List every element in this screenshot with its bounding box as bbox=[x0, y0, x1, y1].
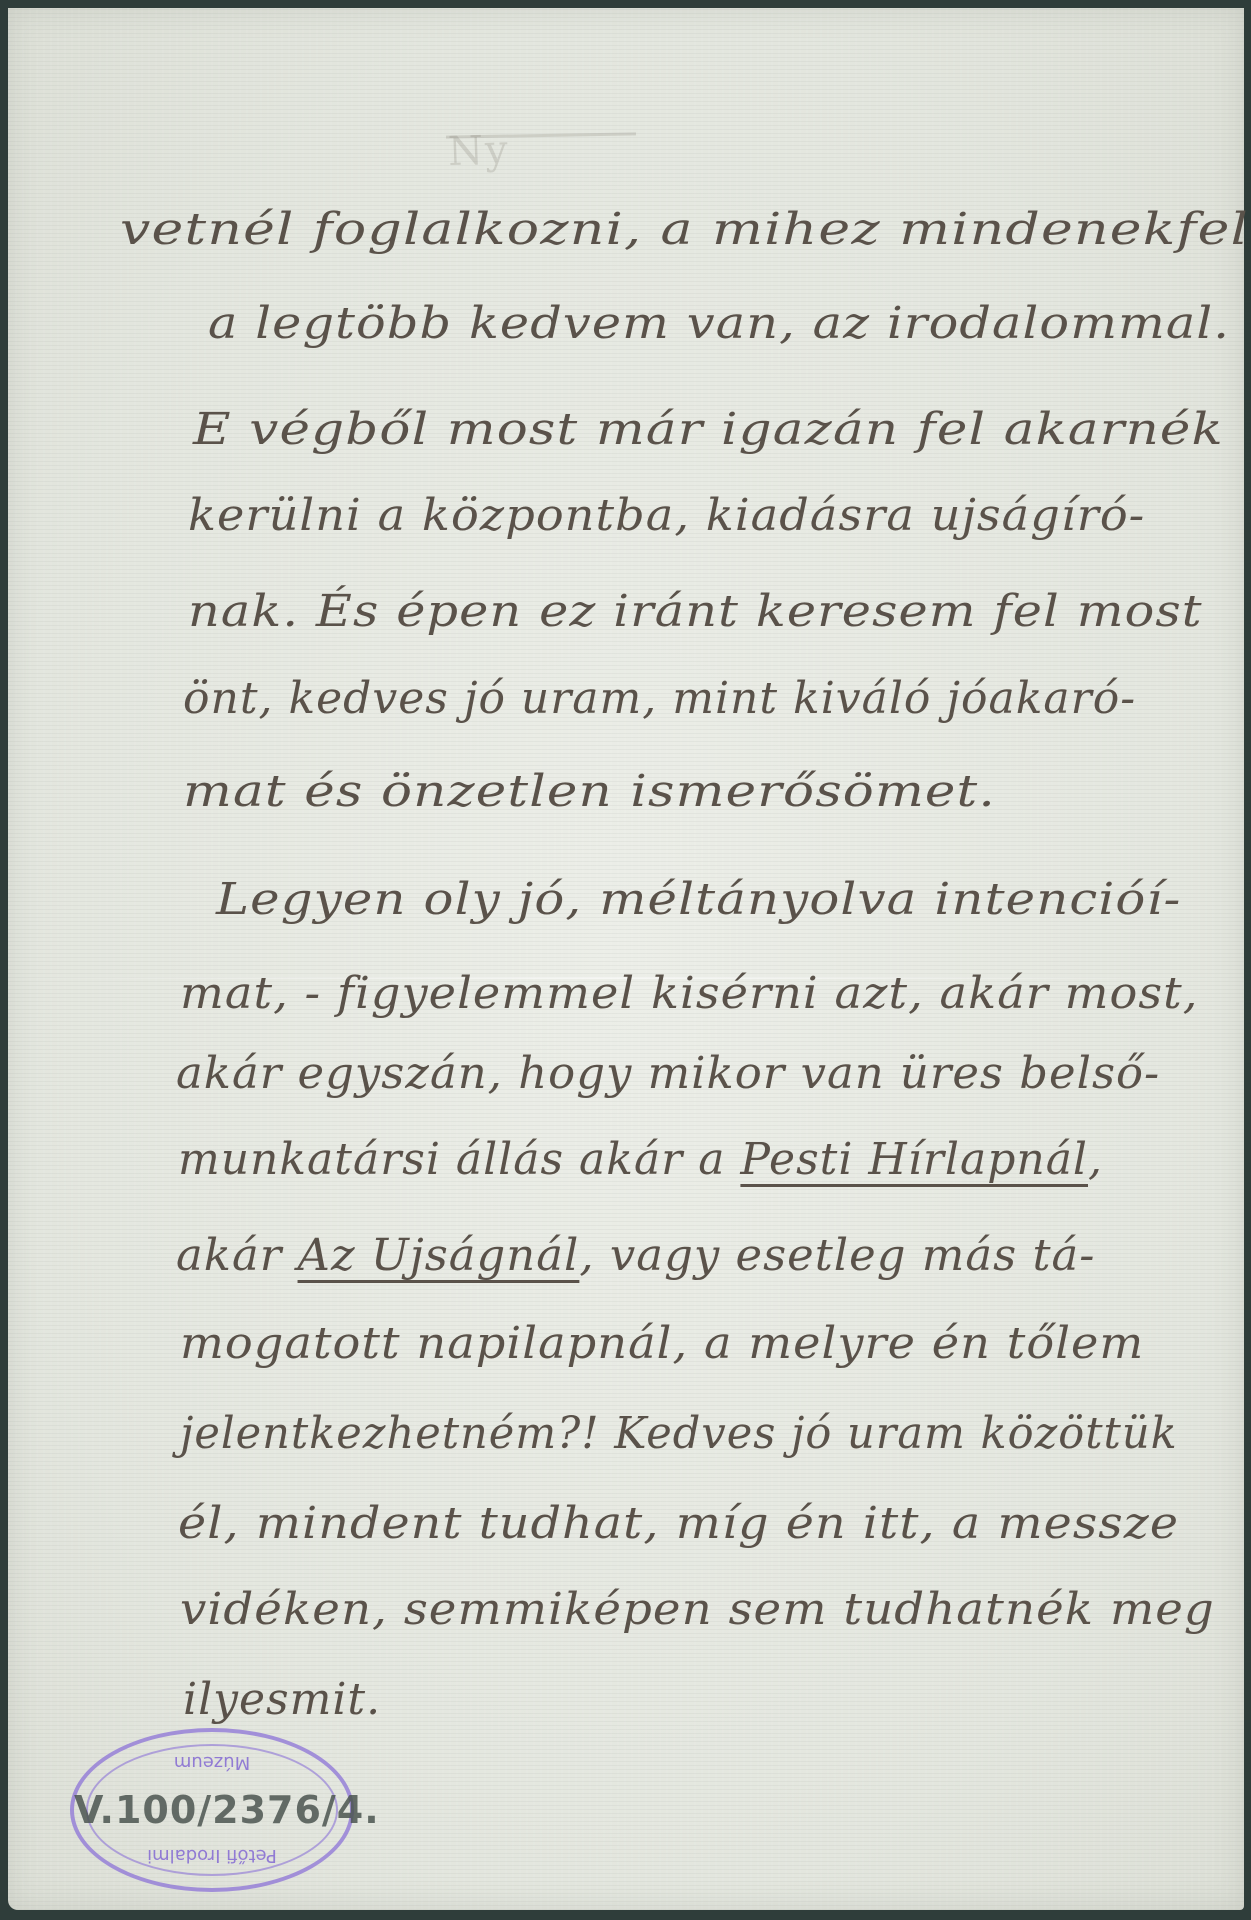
line-12-prefix: akár bbox=[176, 1230, 298, 1281]
line-11-prefix: munkatársi állás akár a bbox=[178, 1134, 740, 1185]
handwritten-line-7: mat és önzetlen ismerősömet. bbox=[183, 766, 996, 817]
museum-archive-stamp: Múzeum V.100/2376/4. Petőfi Irodalmi bbox=[70, 1728, 354, 1892]
handwritten-line-16: vidéken, semmiképen sem tudhatnék meg bbox=[180, 1584, 1215, 1635]
handwritten-line-11: munkatársi állás akár a Pesti Hírlapnál, bbox=[178, 1134, 1103, 1185]
handwritten-line-13: mogatott napilapnál, a melyre én tőlem bbox=[180, 1318, 1144, 1369]
handwritten-line-8: Legyen oly jó, méltányolva intencióí- bbox=[216, 874, 1181, 925]
handwritten-line-6: önt, kedves jó uram, mint kiváló jóakaró… bbox=[183, 673, 1136, 724]
letter-page: Ny vetnél foglalkozni, a mihez mindenekf… bbox=[8, 8, 1244, 1910]
stamp-catalog-number: V.100/2376/4. bbox=[74, 1788, 350, 1832]
handwritten-line-1: vetnél foglalkozni, a mihez mindenekfele… bbox=[120, 204, 1251, 255]
scan-frame-border bbox=[0, 0, 1251, 8]
handwritten-line-2: a legtöbb kedvem van, az irodalommal. bbox=[208, 298, 1230, 349]
handwritten-text-block: vetnél foglalkozni, a mihez mindenekfele… bbox=[8, 8, 1244, 1910]
stamp-text-museum: Múzeum bbox=[74, 1752, 350, 1773]
handwritten-line-4: kerülni a központba, kiadásra ujságíró- bbox=[188, 490, 1145, 541]
newspaper-title-az-ujsag: Az Ujságnál bbox=[298, 1230, 580, 1281]
handwritten-line-12: akár Az Ujságnál, vagy esetleg más tá- bbox=[176, 1230, 1095, 1281]
handwritten-line-14: jelentkezhetném?! Kedves jó uram közöttü… bbox=[180, 1408, 1178, 1459]
newspaper-title-pesti-hirlap: Pesti Hírlapnál bbox=[740, 1134, 1088, 1185]
handwritten-line-5: nak. És épen ez iránt keresem fel most bbox=[188, 586, 1203, 637]
line-11-suffix: , bbox=[1088, 1134, 1103, 1185]
handwritten-line-17: ilyesmit. bbox=[183, 1674, 381, 1725]
handwritten-line-15: él, mindent tudhat, míg én itt, a messze bbox=[178, 1498, 1179, 1549]
handwritten-line-10: akár egyszán, hogy mikor van üres belső- bbox=[176, 1048, 1160, 1099]
line-12-suffix: , vagy esetleg más tá- bbox=[579, 1230, 1095, 1281]
handwritten-line-9: mat, - figyelemmel kisérni azt, akár mos… bbox=[180, 968, 1199, 1019]
handwritten-line-3: E végből most már igazán fel akarnék bbox=[193, 404, 1224, 455]
stamp-text-institution: Petőfi Irodalmi bbox=[74, 1845, 350, 1866]
